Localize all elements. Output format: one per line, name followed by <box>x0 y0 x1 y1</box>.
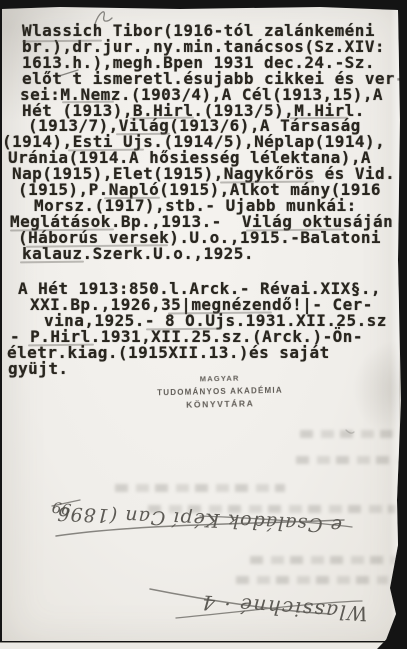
typed-line: kalauz.Szerk.U.o.,1925. <box>22 246 407 262</box>
photo-background: Wlassich Tibor(1916-tól zalánkeménibr.),… <box>0 0 407 649</box>
ink-bleedthrough <box>250 556 400 564</box>
handwritten-signature-crossed-out: Wlassichné · 4 <box>167 588 368 626</box>
ink-bleedthrough <box>115 484 285 492</box>
handwritten-number: 99 <box>51 498 72 518</box>
ink-bleedthrough <box>236 576 388 584</box>
ink-bleedthrough <box>300 430 395 438</box>
catalog-card: Wlassich Tibor(1916-tól zalánkeménibr.),… <box>0 0 407 649</box>
scan-edge-strip <box>0 642 407 649</box>
library-stamp: MAGYAR TUDOMÁNYOS AKADÉMIA KÖNYVTÁRA <box>140 370 301 412</box>
typed-paragraph-biography: Wlassich Tibor(1916-tól zalánkeménibr.),… <box>0 23 407 262</box>
ink-bleedthrough <box>296 456 398 464</box>
pencil-underline <box>20 261 84 264</box>
